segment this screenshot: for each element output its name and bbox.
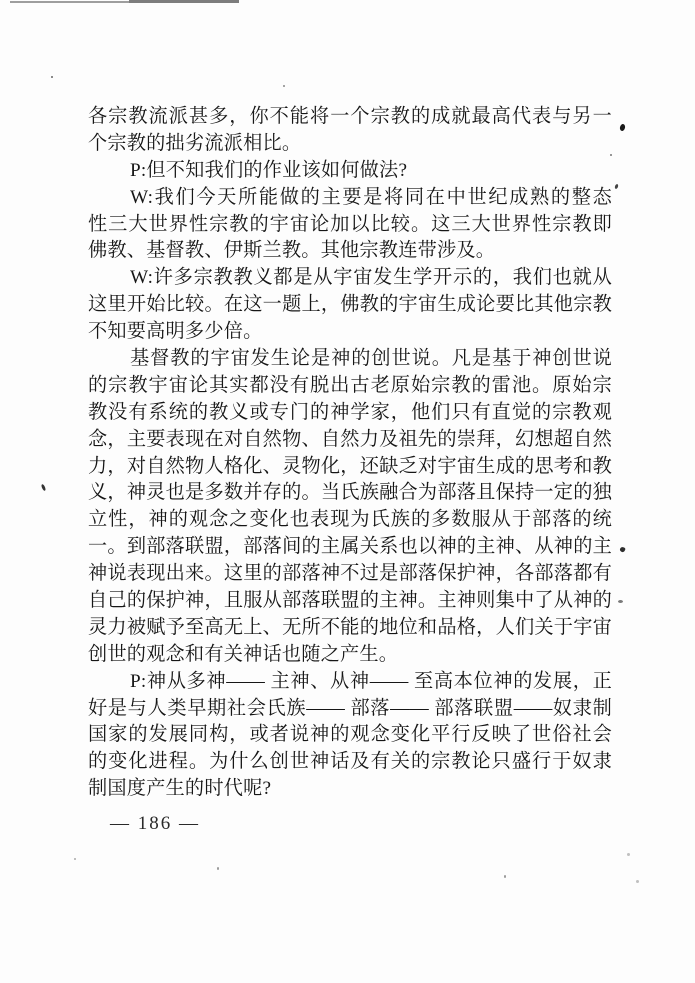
text-line: 神说表现出来。这里的部落神不过是部落保护神，各部落都有 xyxy=(88,561,612,588)
scan-speckle xyxy=(51,76,53,78)
text-line: W:许多宗教教义都是从宇宙发生学开示的，我们也就从 xyxy=(88,265,612,292)
scan-speckle xyxy=(41,484,47,492)
scan-edge-line xyxy=(129,0,239,3)
text-line: W:我们今天所能做的主要是将同在中世纪成熟的整态 xyxy=(88,185,612,212)
text-line: 立性，神的观念之变化也表现为氏族的多数服从于部落的统 xyxy=(88,507,612,534)
text-line: 自己的保护神，且服从部落联盟的主神。主神则集中了从神的 xyxy=(88,588,612,615)
scan-speckle xyxy=(619,546,626,553)
scan-speckle xyxy=(217,867,219,870)
text-line: 不知要高明多少倍。 xyxy=(88,319,612,346)
text-line: 国家的发展同构，或者说神的观念变化平行反映了世俗社会 xyxy=(88,722,612,749)
text-line: 好是与人类早期社会氏族—— 部落—— 部落联盟——奴隶制 xyxy=(88,696,612,723)
text-line: 的宗教宇宙论其实都没有脱出古老原始宗教的雷池。原始宗 xyxy=(88,373,612,400)
scan-speckle xyxy=(636,880,639,883)
text-line: 的变化进程。为什么创世神话及有关的宗教论只盛行于奴隶 xyxy=(88,749,612,776)
text-line: 力，对自然物人格化、灵物化，还缺乏对宇宙生成的思考和教 xyxy=(88,454,612,481)
scan-speckle xyxy=(619,123,626,131)
text-line: 制国度产生的时代呢? xyxy=(88,776,612,803)
text-line: P:神从多神—— 主神、从神—— 至高本位神的发展，正 xyxy=(88,669,612,696)
text-line: 灵力被赋予至高无上、无所不能的地位和品格，人们关于宇宙 xyxy=(88,615,612,642)
scan-speckle xyxy=(610,154,612,156)
text-line: 念，主要表现在对自然物、自然力及祖先的崇拜，幻想超自然 xyxy=(88,427,612,454)
text-line: 基督教的宇宙发生论是神的创世说。凡是基于神创世说 xyxy=(88,346,612,373)
text-line: 佛教、基督教、伊斯兰教。其他宗教连带涉及。 xyxy=(88,238,612,265)
scan-speckle xyxy=(283,85,285,87)
scan-speckle xyxy=(614,184,619,190)
scan-speckle xyxy=(618,600,623,603)
text-line: 一。到部落联盟，部落间的主属关系也以神的主神、从神的主 xyxy=(88,534,612,561)
scan-speckle xyxy=(627,853,630,856)
scan-speckle xyxy=(74,858,76,860)
scan-speckle xyxy=(504,875,506,878)
book-page-scan: 各宗教流派甚多，你不能将一个宗教的成就最高代表与另一 个宗教的拙劣流派相比。 P… xyxy=(0,0,695,983)
text-line: 这里开始比较。在这一题上，佛教的宇宙生成论要比其他宗教 xyxy=(88,292,612,319)
text-line: 性三大世界性宗教的宇宙论加以比较。这三大世界性宗教即 xyxy=(88,212,612,239)
page-number: — 186 — xyxy=(110,813,200,835)
text-line: 教没有系统的教义或专门的神学家，他们只有直觉的宗教观 xyxy=(88,400,612,427)
scan-edge-line xyxy=(10,1,129,3)
text-line: 各宗教流派甚多，你不能将一个宗教的成就最高代表与另一 xyxy=(88,104,612,131)
text-line: 个宗教的拙劣流派相比。 xyxy=(88,131,612,158)
text-line: 义，神灵也是多数并存的。当氏族融合为部落且保持一定的独 xyxy=(88,480,612,507)
text-line: 创世的观念和有关神话也随之产生。 xyxy=(88,642,612,669)
text-line: P:但不知我们的作业该如何做法? xyxy=(88,158,612,185)
scan-speckle xyxy=(601,487,605,489)
text-block: 各宗教流派甚多，你不能将一个宗教的成就最高代表与另一 个宗教的拙劣流派相比。 P… xyxy=(88,104,612,803)
